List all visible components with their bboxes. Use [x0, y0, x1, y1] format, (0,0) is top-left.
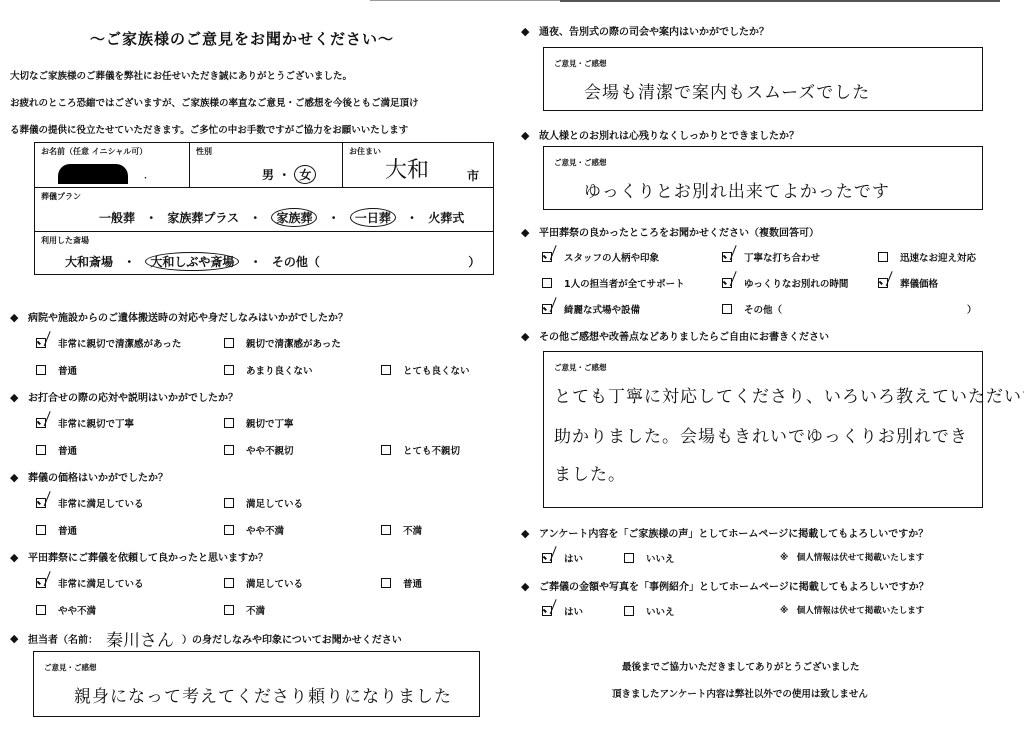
address-suffix: 市 — [467, 167, 479, 184]
gender-cell[interactable]: 性別 男 ・ 女 — [190, 143, 343, 187]
plan-family-selected[interactable]: 家族葬 — [271, 208, 317, 227]
option-price-normal[interactable]: 普通 — [36, 523, 77, 537]
intro-line-1: 大切なご家族様のご葬儀を弊社にお任せいただき誠にありがとうございました。 — [10, 68, 352, 82]
question-farewell: ◆故人様とのお別れは心残りなくしっかりとできましたか？ — [521, 127, 799, 142]
checkbox-icon[interactable] — [381, 525, 391, 535]
option-funeral-price[interactable]: 葬儀価格 — [878, 276, 938, 290]
option-transport-kind[interactable]: 親切で清潔感があった — [224, 336, 341, 350]
address-label: お住まい — [349, 146, 381, 157]
checkbox-checked-icon[interactable] — [36, 418, 46, 428]
checkbox-checked-icon[interactable] — [878, 278, 888, 288]
checkbox-checked-icon[interactable] — [542, 252, 552, 262]
option-meeting-very-unkind[interactable]: とても不親切 — [381, 443, 460, 457]
option-transport-normal[interactable]: 普通 — [36, 363, 77, 377]
name-label: お名前（任意 イニシャル可） — [41, 146, 147, 157]
question-publish-voice: ◆アンケート内容を「ご家族様の声」としてホームページに掲載してもよろしいですか？ — [521, 525, 928, 540]
option-clean-venue[interactable]: 綺麗な式場や設備 — [542, 302, 640, 316]
comment-label: ご意見・ご感想 — [554, 58, 607, 69]
info-row-plan: 葬儀プラン 一般葬 ・ 家族葬プラス ・ 家族葬 ・ 一日葬 ・ 火葬式 — [35, 188, 493, 232]
publish-case-note: ※ 個人情報は伏せて掲載いたします — [780, 604, 924, 616]
gender-female-selected[interactable]: 女 — [294, 165, 316, 184]
option-single-staff-support[interactable]: 1人の担当者が全てサポート — [542, 276, 685, 290]
intro-line-3: る葬儀の提供に役立たせていただきます。ご多忙の中お手数ですがご協力をお願いいたし… — [10, 122, 408, 136]
checkbox-icon[interactable] — [224, 578, 234, 588]
address-handwritten: 大和 — [385, 153, 429, 184]
diamond-bullet-icon: ◆ — [10, 632, 28, 645]
respondent-info-table: お名前（任意 イニシャル可） ・ 性別 男 ・ 女 お住まい 大和 市 葬儀プラ… — [34, 142, 494, 275]
diamond-bullet-icon: ◆ — [521, 527, 539, 540]
venue-options: 大和斎場 ・ 大和しぶや斎場 ・ その他（ ） — [65, 252, 480, 271]
plan-cremation[interactable]: 火葬式 — [428, 211, 464, 225]
checkbox-icon[interactable] — [224, 365, 234, 375]
checkbox-icon[interactable] — [36, 365, 46, 375]
checkbox-checked-icon[interactable] — [36, 338, 46, 348]
checkbox-icon[interactable] — [224, 498, 234, 508]
option-overall-very-satisfied[interactable]: 非常に満足している — [36, 576, 144, 590]
publish-voice-note: ※ 個人情報は伏せて掲載いたします — [780, 551, 924, 563]
checkbox-icon[interactable] — [36, 605, 46, 615]
checkbox-checked-icon[interactable] — [722, 278, 732, 288]
option-other[interactable]: その他（） — [722, 302, 977, 316]
checkbox-icon[interactable] — [542, 278, 552, 288]
venue-yamato[interactable]: 大和斎場 — [65, 255, 113, 269]
free-comment-box[interactable]: ご意見・ご感想 とても丁寧に対応してくださり、いろいろ教えていただいて 助かりま… — [543, 351, 983, 508]
ceremony-comment-handwritten: 会場も清潔で案内もスムーズでした — [584, 78, 870, 103]
diamond-bullet-icon: ◆ — [521, 226, 539, 239]
scan-edge — [370, 0, 560, 1]
option-overall-somewhat-dissatisfied[interactable]: やや不満 — [36, 603, 96, 617]
option-publish-voice-yes[interactable]: はい — [542, 551, 583, 565]
plan-family-plus[interactable]: 家族葬プラス — [167, 211, 239, 225]
question-staff: ◆ 担当者（名前： 秦川さん ）の身だしなみや印象についてお聞かせください — [10, 626, 402, 651]
intro-line-2: お疲れのところ恐縮ではございますが、ご家族様の率直なご意見・ご感想を今後ともご満… — [10, 95, 419, 109]
option-meeting-somewhat-unkind[interactable]: やや不親切 — [224, 443, 294, 457]
plan-label: 葬儀プラン — [41, 191, 81, 202]
page-title: ～ご家族様のご意見をお聞かせください～ — [90, 28, 394, 49]
gender-options: 男 ・ 女 — [262, 165, 316, 184]
diamond-bullet-icon: ◆ — [521, 580, 539, 593]
free-comment-line-3: ました。 — [554, 460, 626, 485]
name-cell[interactable]: お名前（任意 イニシャル可） ・ — [35, 143, 190, 187]
farewell-comment-handwritten: ゆっくりとお別れ出来てよかったです — [584, 177, 890, 202]
checkbox-icon[interactable] — [624, 553, 634, 563]
footer-thanks: 最後までご協力いただきましてありがとうございました — [622, 659, 860, 673]
option-overall-dissatisfied[interactable]: 不満 — [224, 603, 265, 617]
free-comment-line-2: 助かりました。会場もきれいでゆっくりお別れでき — [554, 422, 968, 447]
checkbox-icon[interactable] — [224, 445, 234, 455]
option-price-dissatisfied[interactable]: 不満 — [381, 523, 422, 537]
footer-privacy: 頂きましたアンケート内容は弊社以外での使用は致しません — [612, 686, 868, 700]
checkbox-icon[interactable] — [224, 525, 234, 535]
question-good-points: ◆平田葬祭の良かったところをお聞かせください（複数回答可） — [521, 224, 819, 239]
option-transport-very-kind[interactable]: 非常に親切で清潔感があった — [36, 336, 181, 350]
checkbox-icon[interactable] — [224, 338, 234, 348]
question-overall: ◆平田葬祭にご葬儀を依頼して良かったと思いますか？ — [10, 549, 268, 564]
option-meeting-very-polite[interactable]: 非常に親切で丁寧 — [36, 416, 134, 430]
diamond-bullet-icon: ◆ — [10, 391, 28, 404]
question-publish-case: ◆ご葬儀の金額や写真を「事例紹介」としてホームページに掲載してもよろしいですか？ — [521, 578, 929, 593]
option-publish-voice-no[interactable]: いいえ — [624, 551, 675, 565]
checkbox-checked-icon[interactable] — [36, 578, 46, 588]
option-price-somewhat-dissatisfied[interactable]: やや不満 — [224, 523, 284, 537]
option-transport-very-bad[interactable]: とても良くない — [381, 363, 470, 377]
checkbox-icon[interactable] — [224, 418, 234, 428]
gender-label: 性別 — [196, 146, 212, 157]
plan-cell: 葬儀プラン 一般葬 ・ 家族葬プラス ・ 家族葬 ・ 一日葬 ・ 火葬式 — [35, 188, 493, 231]
checkbox-icon[interactable] — [624, 606, 634, 616]
checkbox-icon[interactable] — [381, 365, 391, 375]
plan-general[interactable]: 一般葬 — [99, 211, 135, 225]
option-careful-meeting[interactable]: 丁寧な打ち合わせ — [722, 250, 820, 264]
venue-cell: 利用した斎場 大和斎場 ・ 大和しぶや斎場 ・ その他（ ） — [35, 232, 493, 274]
venue-other[interactable]: その他（ — [272, 255, 320, 269]
comment-label: ご意見・ご感想 — [44, 662, 97, 673]
question-ceremony: ◆通夜、告別式の際の司会や案内はいかがでしたか？ — [521, 23, 769, 38]
checkbox-icon[interactable] — [36, 525, 46, 535]
checkbox-icon[interactable] — [36, 445, 46, 455]
staff-comment-handwritten: 親身になって考えてくださり頼りになりました — [74, 682, 452, 707]
scan-edge — [560, 0, 1000, 2]
venue-label: 利用した斎場 — [41, 235, 89, 246]
diamond-bullet-icon: ◆ — [10, 471, 28, 484]
comment-label: ご意見・ご感想 — [554, 362, 607, 373]
option-meeting-normal[interactable]: 普通 — [36, 443, 77, 457]
free-comment-line-1: とても丁寧に対応してくださり、いろいろ教えていただいて — [554, 382, 1024, 407]
staff-name-handwritten[interactable]: 秦川さん — [98, 626, 182, 651]
diamond-bullet-icon: ◆ — [521, 129, 539, 142]
redacted-name — [58, 164, 128, 184]
question-price: ◆葬儀の価格はいかがでしたか？ — [10, 469, 168, 484]
checkbox-icon[interactable] — [722, 304, 732, 314]
info-row-personal: お名前（任意 イニシャル可） ・ 性別 男 ・ 女 お住まい 大和 市 — [35, 143, 493, 188]
venue-yamato-shibuya-selected[interactable]: 大和しぶや斎場 — [145, 252, 239, 271]
checkbox-checked-icon[interactable] — [722, 252, 732, 262]
option-publish-case-no[interactable]: いいえ — [624, 604, 675, 618]
question-meeting: ◆お打合せの際の応対や説明はいかがでしたか？ — [10, 389, 238, 404]
checkbox-checked-icon[interactable] — [36, 498, 46, 508]
checkbox-icon[interactable] — [381, 445, 391, 455]
staff-comment-box[interactable]: ご意見・ご感想 親身になって考えてくださり頼りになりました — [33, 651, 480, 717]
plan-options: 一般葬 ・ 家族葬プラス ・ 家族葬 ・ 一日葬 ・ 火葬式 — [99, 208, 464, 227]
option-farewell-time[interactable]: ゆっくりなお別れの時間 — [722, 276, 848, 290]
address-cell[interactable]: お住まい 大和 市 — [343, 143, 493, 187]
checkbox-icon[interactable] — [381, 578, 391, 588]
question-transport: ◆病院や施設からのご遺体搬送時の対応や身だしなみはいかがでしたか？ — [10, 309, 348, 324]
checkbox-icon[interactable] — [878, 252, 888, 262]
option-meeting-polite[interactable]: 親切で丁寧 — [224, 416, 294, 430]
question-free-comment: ◆その他ご感想や改善点などありましたらご自由にお書きください — [521, 328, 829, 343]
comment-label: ご意見・ご感想 — [554, 157, 607, 168]
option-quick-pickup[interactable]: 迅速なお迎え対応 — [878, 250, 976, 264]
checkbox-checked-icon[interactable] — [542, 553, 552, 563]
checkbox-checked-icon[interactable] — [542, 606, 552, 616]
diamond-bullet-icon: ◆ — [521, 330, 539, 343]
farewell-comment-box[interactable]: ご意見・ご感想 ゆっくりとお別れ出来てよかったです — [543, 146, 983, 210]
info-row-venue: 利用した斎場 大和斎場 ・ 大和しぶや斎場 ・ その他（ ） — [35, 232, 493, 274]
option-price-very-satisfied[interactable]: 非常に満足している — [36, 496, 144, 510]
option-publish-case-yes[interactable]: はい — [542, 604, 583, 618]
plan-oneday-selected[interactable]: 一日葬 — [350, 208, 396, 227]
option-price-satisfied[interactable]: 満足している — [224, 496, 303, 510]
checkbox-checked-icon[interactable] — [542, 304, 552, 314]
diamond-bullet-icon: ◆ — [10, 551, 28, 564]
name-dot: ・ — [141, 171, 150, 184]
checkbox-icon[interactable] — [224, 605, 234, 615]
option-overall-satisfied[interactable]: 満足している — [224, 576, 303, 590]
option-transport-not-good[interactable]: あまり良くない — [224, 363, 313, 377]
diamond-bullet-icon: ◆ — [10, 311, 28, 324]
option-staff-personality[interactable]: スタッフの人柄や印象 — [542, 250, 659, 264]
gender-male[interactable]: 男 — [262, 168, 274, 182]
ceremony-comment-box[interactable]: ご意見・ご感想 会場も清潔で案内もスムーズでした — [543, 47, 983, 111]
diamond-bullet-icon: ◆ — [521, 25, 539, 38]
option-overall-normal[interactable]: 普通 — [381, 576, 422, 590]
